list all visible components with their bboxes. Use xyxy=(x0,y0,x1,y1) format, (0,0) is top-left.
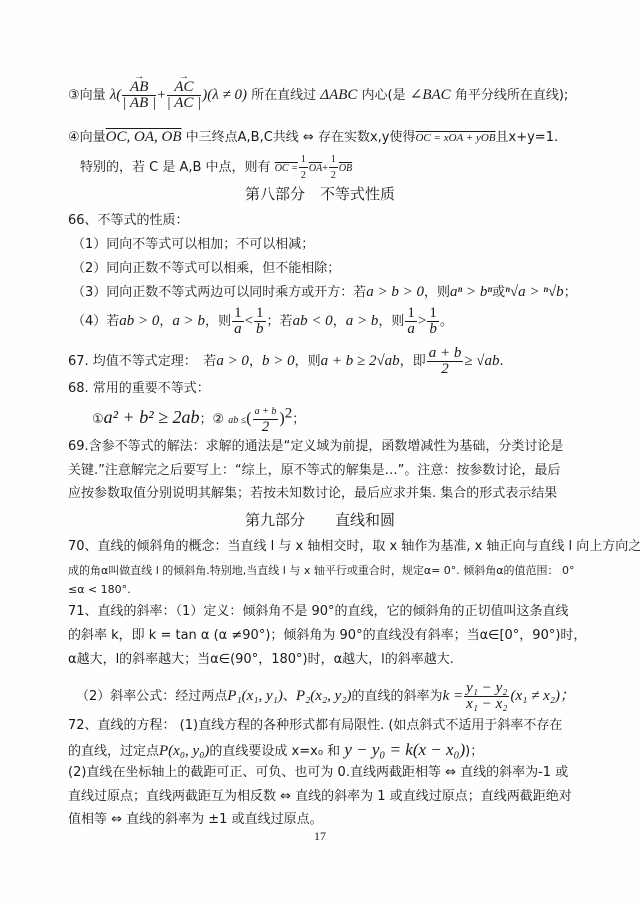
fraction: 1a xyxy=(232,306,244,337)
text: 的直线的斜率为 xyxy=(352,689,443,704)
num: 1 xyxy=(299,152,308,168)
text: . xyxy=(500,354,504,369)
math: y − y₀ = k(x − x₀) xyxy=(344,740,465,759)
num: 1 xyxy=(405,306,417,322)
den: x₁ − x₂ xyxy=(464,697,509,712)
item-70-line3: ≤α < 180°. xyxy=(68,581,131,599)
fraction: 1a xyxy=(405,306,417,337)
text: ，即 xyxy=(400,354,426,369)
math: ab > 0 xyxy=(119,313,159,329)
text: 中三终点A,B,C共线 ⇔ 存在实数x,y使得 xyxy=(186,130,416,145)
den: 2 xyxy=(329,168,338,183)
text: 内心(是 xyxy=(362,88,406,103)
math: ≥ √ab xyxy=(464,353,499,369)
item-66-p1: （1）同向不等式可以相加；不可以相减； xyxy=(72,236,314,254)
item-72-line5: 值相等 ⇔ 直线的斜率为 ±1 或直线过原点。 xyxy=(68,811,323,829)
item-72-line4: 直线过原点；直线两截距互为相反数 ⇔ 直线的斜率为 1 或直线过原点；直线两截距… xyxy=(68,788,572,806)
section-heading-8: 第八部分 不等式性质 xyxy=(0,184,640,204)
fraction: y₁ − y₂x₁ − x₂ xyxy=(464,681,509,712)
text: ；若 xyxy=(267,314,293,329)
num: 1 xyxy=(427,306,439,322)
magnitude: | AB | xyxy=(122,95,156,111)
math: a > b xyxy=(346,313,379,329)
item-70-line2: 成的角α叫做直线 l 的倾斜角.特别地,当直线 l 与 x 轴平行或重合时，规定… xyxy=(68,562,575,580)
fraction-ab: AB| AB | xyxy=(122,80,156,111)
item-68-title: 68. 常用的重要不等式： xyxy=(68,380,210,398)
label: 向量 xyxy=(80,88,106,103)
text: 则 xyxy=(218,314,231,329)
math: )(λ ≠ 0) xyxy=(202,87,247,103)
vector-ac: AC xyxy=(174,80,193,95)
vector-ab: AB xyxy=(130,80,148,95)
text: 特别的，若 C 是 A,B 中点，则有 xyxy=(80,160,271,175)
num: y₁ − y₂ xyxy=(464,681,509,697)
num: 1 xyxy=(329,152,338,168)
math: a² + b² ≥ 2ab xyxy=(104,407,200,427)
label: 向量 xyxy=(80,130,106,145)
fraction-half: 12 xyxy=(299,152,308,183)
text: ； xyxy=(292,412,305,427)
math: < xyxy=(245,313,253,329)
den: 2 xyxy=(299,168,308,183)
math: b > 0 xyxy=(262,353,295,369)
math: k = xyxy=(443,688,464,704)
item-72-line1: 72、直线的方程： (1)直线方程的各种形式都有局限性. (如点斜式不适用于斜率… xyxy=(68,717,562,735)
item-71-line3: α越大，l的斜率越大；当α∈(90°，180°)时，α越大，l的斜率越大. xyxy=(68,651,454,669)
math: OC = xOA + yOB xyxy=(415,132,495,144)
item-72-line2: 的直线，过定点P(x₀, y₀)的直线要设成 x=x₀ 和 y − y₀ = k… xyxy=(68,741,483,761)
math: ⁿ√a > ⁿ√b xyxy=(505,284,564,300)
item-66-p2: （2）同向正数不等式可以相乘，但不能相除； xyxy=(72,260,340,278)
text: ； xyxy=(564,285,577,300)
math: ΔABC xyxy=(320,87,357,103)
den: b xyxy=(254,322,266,337)
item-66-p3: （3）同向正数不等式两边可以同时乘方或开方：若a > b > 0，则aⁿ > b… xyxy=(72,283,577,302)
math: a > 0 xyxy=(216,353,249,369)
vector-item-4-special: 特别的，若 C 是 A,B 中点，则有 OC =12OA+12OB xyxy=(80,152,352,183)
math: P(x₀, y₀) xyxy=(159,743,209,759)
item-68-formulas: ①a² + b² ≥ 2ab；② ab ≤(a + b2)2； xyxy=(92,404,305,435)
item-71-p2: （2）斜率公式：经过两点P₁(x₁, y₁)、P₂(x₂, y₂)的直线的斜率为… xyxy=(76,681,575,712)
text: 70、直线的倾斜角的概念：当直线 l 与 x 轴相交时，取 x 轴作为基准, x… xyxy=(68,539,640,554)
vector-item-4: ④向量OC, OA, OB 中三终点A,B,C共线 ⇔ 存在实数x,y使得OC … xyxy=(68,128,558,147)
den: a xyxy=(232,322,244,337)
plus: + xyxy=(322,163,328,174)
item-71-line2: 的斜率 k，即 k = tan α (α ≠90°)；倾斜角为 90°的直线没有… xyxy=(68,627,586,645)
num: 1 xyxy=(254,306,266,322)
text: ，则 xyxy=(424,285,450,300)
math: OA xyxy=(309,163,322,174)
math: a + b ≥ 2√ab xyxy=(321,353,400,369)
item-71-line1: 71、直线的斜率：（1）定义：倾斜角不是 90°的直线，它的倾斜角的正切值叫这条… xyxy=(68,603,569,621)
text: 。 xyxy=(440,314,453,329)
text: 且x+y=1. xyxy=(496,130,559,145)
text: （4）若 xyxy=(72,314,119,329)
math: a > b > 0 xyxy=(366,284,424,300)
text: 所在直线过 xyxy=(251,88,316,103)
num: a + b xyxy=(427,346,464,362)
item-69-line3: 应按参数取值分别说明其解集；若按未知数讨论，最后应求并集. 集合的形式表示结果 xyxy=(68,485,557,503)
fraction: a + b2 xyxy=(253,404,279,435)
text: ；② xyxy=(199,412,224,427)
item-69-line1: 69.含参不等式的解法：求解的通法是“定义域为前提，函数增减性为基础，分类讨论是 xyxy=(68,438,563,456)
item-70-line1: 70、直线的倾斜角的概念：当直线 l 与 x 轴相交时，取 x 轴作为基准, x… xyxy=(68,538,640,556)
text: （2）斜率公式：经过两点 xyxy=(76,689,227,704)
math: OC = xyxy=(275,163,298,174)
text: 的直线，过定点 xyxy=(68,744,159,759)
math: λ( xyxy=(110,87,122,103)
item-66-p4: （4）若ab > 0，a > b，则1a<1b；若ab < 0，a > b，则1… xyxy=(72,306,453,337)
circled-marker: ① xyxy=(92,412,104,427)
den: 2 xyxy=(253,420,279,435)
math: P₂(x₂, y₂) xyxy=(296,688,352,704)
item-67: 67. 均值不等式定理： 若a > 0，b > 0，则a + b ≥ 2√ab，… xyxy=(68,346,504,377)
math: ab < 0 xyxy=(293,313,333,329)
text: 则 xyxy=(391,314,404,329)
item-72-line3: (2)直线在坐标轴上的截距可正、可负、也可为 0.直线两截距相等 ⇔ 直线的斜率… xyxy=(68,764,568,782)
text: （3）同向正数不等式两边可以同时乘方或开方：若 xyxy=(72,285,366,300)
fraction: 1b xyxy=(254,306,266,337)
math: ∠BAC xyxy=(410,87,451,103)
math: aⁿ > bⁿ xyxy=(450,284,492,300)
math: ab ≤ xyxy=(228,415,246,426)
circled-marker: ③ xyxy=(68,88,80,103)
item-69-line2: 关键.”注意解完之后要写上：“综上，原不等式的解集是…”。注意：按参数讨论，最后 xyxy=(68,462,560,480)
text: 67. 均值不等式定理： 若 xyxy=(68,354,216,369)
magnitude: | AC | xyxy=(167,95,202,111)
text: 角平分线所在直线); xyxy=(455,88,568,103)
text: 的直线要设成 x=x₀ 和 xyxy=(209,744,340,759)
math: a > b xyxy=(172,313,205,329)
item-66-title: 66、不等式的性质： xyxy=(68,212,189,230)
math: P₁(x₁, y₁) xyxy=(227,688,283,704)
math: (x₁ ≠ x₂)； xyxy=(510,688,574,704)
page-number: 17 xyxy=(0,829,640,844)
num: a + b xyxy=(253,404,279,420)
den: a xyxy=(405,322,417,337)
math: OB xyxy=(339,163,352,174)
fraction-half: 12 xyxy=(329,152,338,183)
fraction-ac: AC| AC | xyxy=(167,80,202,111)
fraction: a + b2 xyxy=(427,346,464,377)
text: 或 xyxy=(492,285,505,300)
math: > xyxy=(418,313,426,329)
den: b xyxy=(427,322,439,337)
math: OC, OA, OB xyxy=(106,129,182,145)
text: 、 xyxy=(283,689,296,704)
document-page: ③向量 λ(AB| AB |+AC| AC |)(λ ≠ 0) 所在直线过 ΔA… xyxy=(0,0,640,904)
fraction: 1b xyxy=(427,306,439,337)
num: 1 xyxy=(232,306,244,322)
plus: + xyxy=(157,87,165,103)
den: 2 xyxy=(427,362,464,377)
circled-marker: ④ xyxy=(68,130,80,145)
text: )； xyxy=(465,744,483,759)
section-heading-9: 第九部分 直线和圆 xyxy=(0,510,640,530)
text: ，则 xyxy=(295,354,321,369)
vector-item-3: ③向量 λ(AB| AB |+AC| AC |)(λ ≠ 0) 所在直线过 ΔA… xyxy=(68,80,568,111)
